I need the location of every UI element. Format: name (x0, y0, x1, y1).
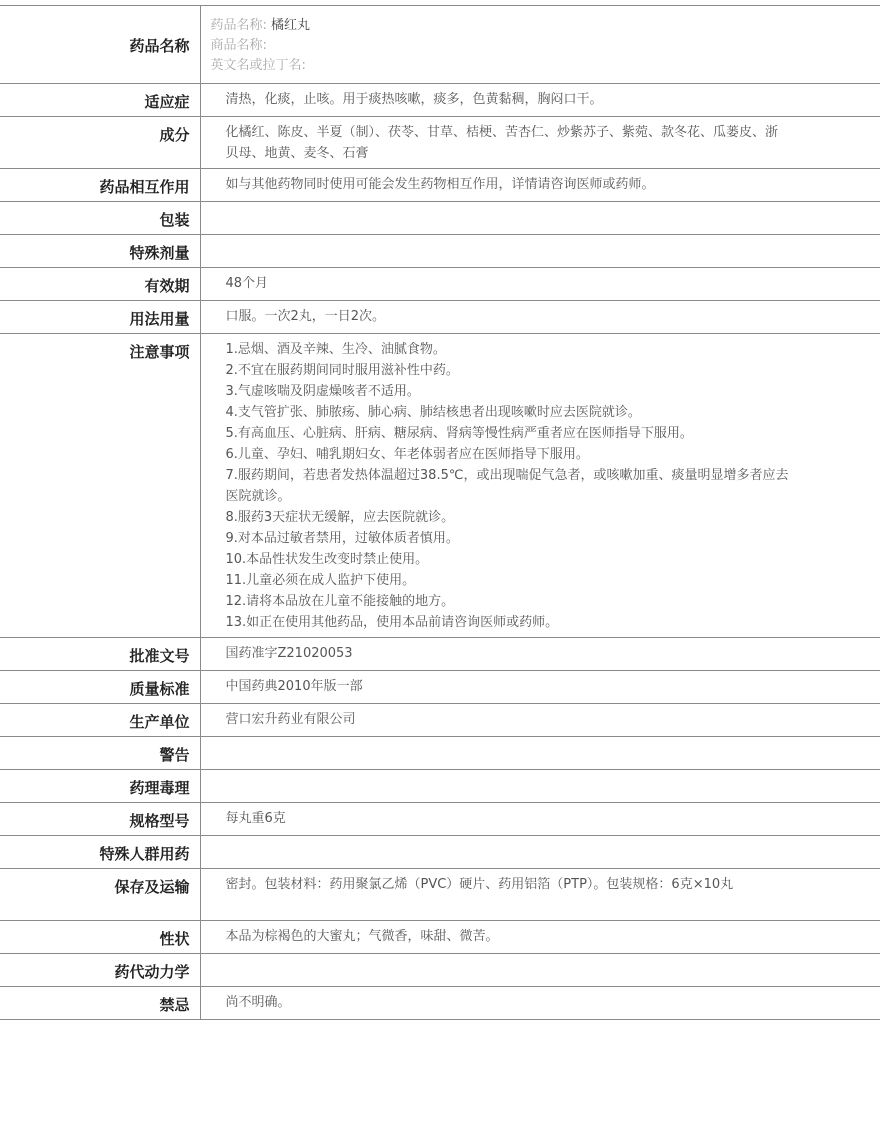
row-value: 国药准字Z21020053 (200, 638, 880, 671)
row-special-populations: 特殊人群用药 (0, 836, 880, 869)
value-quality-standard: 中国药典2010年版一部 (226, 676, 791, 697)
row-specification: 规格型号 每丸重6克 (0, 803, 880, 836)
row-approval-number: 批准文号 国药准字Z21020053 (0, 638, 880, 671)
label-storage-transport: 保存及运输 (0, 876, 190, 897)
row-label: 包装 (0, 202, 200, 235)
row-value (200, 836, 880, 869)
value-storage-transport: 密封。包装材料：药用聚氯乙烯（PVC）硬片、药用铝箔（PTP）。包装规格：6克×… (226, 874, 791, 895)
row-label: 药品相互作用 (0, 169, 200, 202)
row-label: 药品名称 (0, 6, 200, 84)
value-contraindications: 尚不明确。 (226, 992, 791, 1013)
precaution-item: 4.支气管扩张、肺脓疡、肺心病、肺结核患者出现咳嗽时应去医院就诊。 (226, 402, 791, 423)
precaution-item: 3.气虚咳喘及阴虚燥咳者不适用。 (226, 381, 791, 402)
row-label: 性状 (0, 921, 200, 954)
precaution-item: 1.忌烟、酒及辛辣、生冷、油腻食物。 (226, 339, 791, 360)
row-packaging: 包装 (0, 202, 880, 235)
row-pharmacokinetics: 药代动力学 (0, 954, 880, 987)
label-interactions: 药品相互作用 (0, 176, 190, 197)
label-usage-dosage: 用法用量 (0, 308, 190, 329)
generic-name-key: 药品名称: (211, 18, 267, 33)
label-description: 性状 (0, 928, 190, 949)
row-precautions: 注意事项 1.忌烟、酒及辛辣、生冷、油腻食物。 2.不宜在服药期间同时服用滋补性… (0, 334, 880, 638)
label-quality-standard: 质量标准 (0, 678, 190, 699)
value-interactions: 如与其他药物同时使用可能会发生药物相互作用，详情请咨询医师或药师。 (226, 174, 791, 195)
row-label: 禁忌 (0, 987, 200, 1020)
row-value (200, 235, 880, 268)
row-value: 清热，化痰，止咳。用于痰热咳嗽，痰多，色黄黏稠，胸闷口干。 (200, 84, 880, 117)
label-contraindications: 禁忌 (0, 994, 190, 1015)
row-value (200, 737, 880, 770)
row-label: 质量标准 (0, 671, 200, 704)
label-special-populations: 特殊人群用药 (0, 843, 190, 864)
row-value (200, 954, 880, 987)
row-value (200, 202, 880, 235)
precaution-item: 11.儿童必须在成人监护下使用。 (226, 570, 791, 591)
row-special-dosage: 特殊剂量 (0, 235, 880, 268)
row-label: 有效期 (0, 268, 200, 301)
row-label: 警告 (0, 737, 200, 770)
drug-info-table: 药品名称 药品名称: 橘红丸 商品名称: 英文名或拉丁名: 适应症 清热，化痰， (0, 5, 880, 1020)
row-value: 本品为棕褐色的大蜜丸；气微香，味甜、微苦。 (200, 921, 880, 954)
row-pharmacology: 药理毒理 (0, 770, 880, 803)
value-description: 本品为棕褐色的大蜜丸；气微香，味甜、微苦。 (226, 926, 791, 947)
precaution-item: 5.有高血压、心脏病、肝病、糖尿病、肾病等慢性病严重者应在医师指导下服用。 (226, 423, 791, 444)
label-drug-name: 药品名称 (0, 35, 190, 56)
row-value: 每丸重6克 (200, 803, 880, 836)
row-label: 注意事项 (0, 334, 200, 638)
row-description: 性状 本品为棕褐色的大蜜丸；气微香，味甜、微苦。 (0, 921, 880, 954)
row-drug-name: 药品名称 药品名称: 橘红丸 商品名称: 英文名或拉丁名: (0, 6, 880, 84)
value-ingredients: 化橘红、陈皮、半夏（制）、茯苓、甘草、桔梗、苦杏仁、炒紫苏子、紫菀、款冬花、瓜蒌… (226, 122, 791, 164)
row-value: 化橘红、陈皮、半夏（制）、茯苓、甘草、桔梗、苦杏仁、炒紫苏子、紫菀、款冬花、瓜蒌… (200, 117, 880, 169)
value-approval-number: 国药准字Z21020053 (226, 643, 791, 664)
row-shelf-life: 有效期 48个月 (0, 268, 880, 301)
row-storage-transport: 保存及运输 密封。包装材料：药用聚氯乙烯（PVC）硬片、药用铝箔（PTP）。包装… (0, 869, 880, 921)
label-shelf-life: 有效期 (0, 275, 190, 296)
row-label: 用法用量 (0, 301, 200, 334)
trade-name-line: 商品名称: (211, 36, 791, 56)
row-label: 规格型号 (0, 803, 200, 836)
generic-name-value: 橘红丸 (271, 18, 310, 33)
row-value: 密封。包装材料：药用聚氯乙烯（PVC）硬片、药用铝箔（PTP）。包装规格：6克×… (200, 869, 880, 921)
precaution-item: 10.本品性状发生改变时禁止使用。 (226, 549, 791, 570)
generic-name-line: 药品名称: 橘红丸 (211, 16, 791, 36)
label-precautions: 注意事项 (0, 341, 190, 362)
row-indications: 适应症 清热，化痰，止咳。用于痰热咳嗽，痰多，色黄黏稠，胸闷口干。 (0, 84, 880, 117)
row-value: 尚不明确。 (200, 987, 880, 1020)
precaution-item: 8.服药3天症状无缓解，应去医院就诊。 (226, 507, 791, 528)
row-value: 中国药典2010年版一部 (200, 671, 880, 704)
row-value (200, 770, 880, 803)
value-manufacturer: 营口宏升药业有限公司 (226, 709, 791, 730)
drug-name-values: 药品名称: 橘红丸 商品名称: 英文名或拉丁名: (200, 6, 880, 84)
row-warning: 警告 (0, 737, 880, 770)
row-label: 特殊剂量 (0, 235, 200, 268)
precaution-item: 13.如正在使用其他药品，使用本品前请咨询医师或药师。 (226, 612, 791, 633)
precautions-list: 1.忌烟、酒及辛辣、生冷、油腻食物。 2.不宜在服药期间同时服用滋补性中药。 3… (200, 334, 880, 638)
row-contraindications: 禁忌 尚不明确。 (0, 987, 880, 1020)
row-quality-standard: 质量标准 中国药典2010年版一部 (0, 671, 880, 704)
value-indications: 清热，化痰，止咳。用于痰热咳嗽，痰多，色黄黏稠，胸闷口干。 (226, 89, 791, 110)
trade-name-key: 商品名称: (211, 38, 267, 53)
label-warning: 警告 (0, 744, 190, 765)
row-value: 如与其他药物同时使用可能会发生药物相互作用，详情请咨询医师或药师。 (200, 169, 880, 202)
label-packaging: 包装 (0, 209, 190, 230)
row-label: 特殊人群用药 (0, 836, 200, 869)
precaution-item: 9.对本品过敏者禁用，过敏体质者慎用。 (226, 528, 791, 549)
row-label: 成分 (0, 117, 200, 169)
precaution-item: 12.请将本品放在儿童不能接触的地方。 (226, 591, 791, 612)
row-interactions: 药品相互作用 如与其他药物同时使用可能会发生药物相互作用，详情请咨询医师或药师。 (0, 169, 880, 202)
row-manufacturer: 生产单位 营口宏升药业有限公司 (0, 704, 880, 737)
value-shelf-life: 48个月 (226, 273, 791, 294)
label-manufacturer: 生产单位 (0, 711, 190, 732)
row-value: 营口宏升药业有限公司 (200, 704, 880, 737)
row-value: 口服。一次2丸，一日2次。 (200, 301, 880, 334)
label-ingredients: 成分 (0, 124, 190, 145)
value-usage-dosage: 口服。一次2丸，一日2次。 (226, 306, 791, 327)
row-label: 药理毒理 (0, 770, 200, 803)
row-label: 保存及运输 (0, 869, 200, 921)
english-name-line: 英文名或拉丁名: (211, 56, 791, 76)
label-approval-number: 批准文号 (0, 645, 190, 666)
row-ingredients: 成分 化橘红、陈皮、半夏（制）、茯苓、甘草、桔梗、苦杏仁、炒紫苏子、紫菀、款冬花… (0, 117, 880, 169)
value-specification: 每丸重6克 (226, 808, 791, 829)
label-indications: 适应症 (0, 91, 190, 112)
label-special-dosage: 特殊剂量 (0, 242, 190, 263)
precaution-item: 6.儿童、孕妇、哺乳期妇女、年老体弱者应在医师指导下服用。 (226, 444, 791, 465)
row-label: 生产单位 (0, 704, 200, 737)
row-label: 批准文号 (0, 638, 200, 671)
precaution-item: 2.不宜在服药期间同时服用滋补性中药。 (226, 360, 791, 381)
english-name-key: 英文名或拉丁名: (211, 58, 306, 73)
row-label: 药代动力学 (0, 954, 200, 987)
row-usage-dosage: 用法用量 口服。一次2丸，一日2次。 (0, 301, 880, 334)
row-label: 适应症 (0, 84, 200, 117)
label-pharmacology: 药理毒理 (0, 777, 190, 798)
label-specification: 规格型号 (0, 810, 190, 831)
precaution-item: 7.服药期间，若患者发热体温超过38.5℃，或出现喘促气急者，或咳嗽加重、痰量明… (226, 465, 791, 507)
row-value: 48个月 (200, 268, 880, 301)
label-pharmacokinetics: 药代动力学 (0, 961, 190, 982)
